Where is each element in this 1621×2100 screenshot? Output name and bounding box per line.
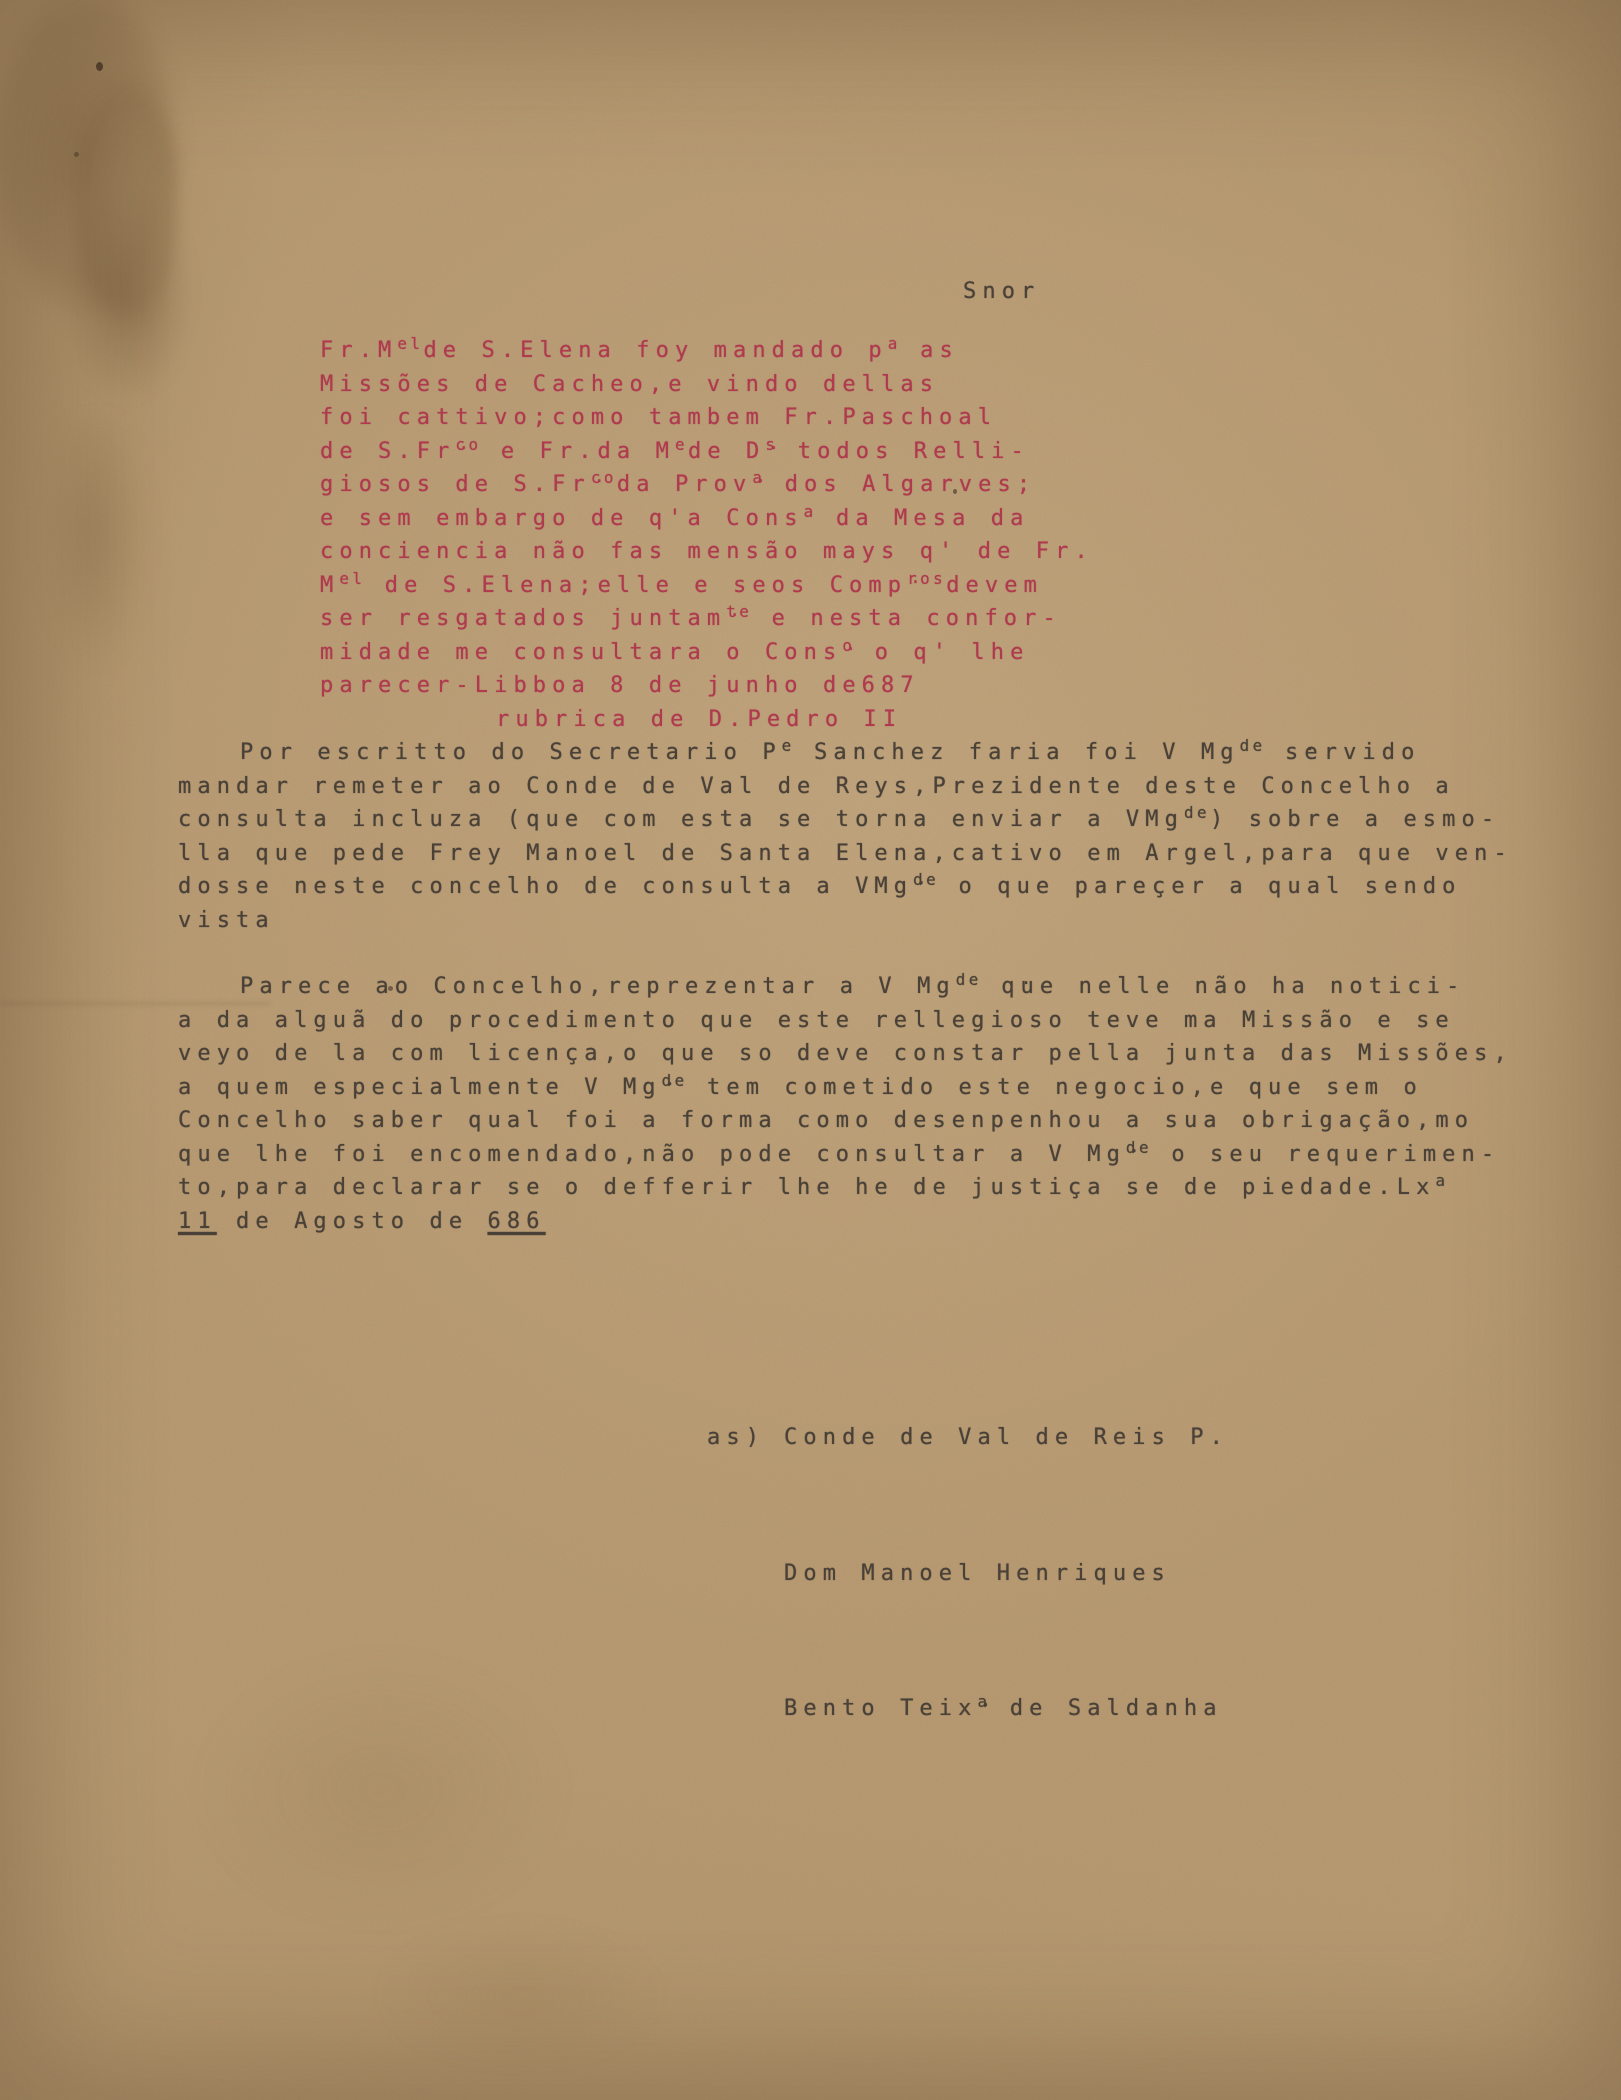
text-line: ser resgatados juntamte e nesta confor- xyxy=(320,602,1094,636)
text-line: dosse neste concelho de consulta a VMgde… xyxy=(178,870,1513,904)
text-line: lla que pede Frey Manoel de Santa Elena,… xyxy=(178,837,1513,871)
text-line: Mel de S.Elena;elle e seos Comprosdevem xyxy=(320,569,1094,603)
text-line: mandar remeter ao Conde de Val de Reys,P… xyxy=(178,770,1513,804)
text-line: midade me consultara o Conso o q' lhe xyxy=(320,636,1094,670)
signature-block: as)Conde de Val de Reis P. Dom Manoel He… xyxy=(707,1354,1229,1828)
paper-stain-left-tail xyxy=(10,420,180,800)
text-line: a quem especialmente V Mgde tem cometido… xyxy=(178,1071,1513,1105)
text-line: to,para declarar se o defferir lhe he de… xyxy=(178,1171,1513,1205)
ink-speck xyxy=(74,152,79,157)
text-line: foi cattivo;como tambem Fr.Paschoal xyxy=(320,401,1094,435)
text-line: rubrica de D.Pedro II xyxy=(496,703,1094,737)
paper-stain-left-core xyxy=(52,40,202,400)
text-line: consulta incluza (que com esta se torna … xyxy=(178,803,1513,837)
text-line: conciencia não fas mensão mays q' de Fr. xyxy=(320,535,1094,569)
text-line: Fr.Melde S.Elena foy mandado pa as xyxy=(320,334,1094,368)
paragraph-council-opinion: Parece ao Concelho,reprezentar a V Mgde … xyxy=(178,970,1513,1238)
text-line: a da alguã do procedimento que este rell… xyxy=(178,1004,1513,1038)
salutation: Snor xyxy=(963,275,1040,309)
paper-stain-bottom-left xyxy=(130,1560,690,2020)
text-line: giosos de S.Frcoda Prova dos Algarves; xyxy=(320,468,1094,502)
signature-name: Conde de Val de Reis P. xyxy=(784,1425,1229,1450)
paper-stain-top-left xyxy=(0,0,270,510)
text-line: e sem embargo de q'a Consa da Mesa da xyxy=(320,502,1094,536)
signature-row: Bento Teixa de Saldanha xyxy=(707,1692,1229,1726)
paper-stain-bottom xyxy=(330,1900,710,2090)
signature-name: Bento Teixa de Saldanha xyxy=(784,1696,1223,1721)
text-line: Parece ao Concelho,reprezentar a V Mgde … xyxy=(178,970,1513,1004)
signature-row: Dom Manoel Henriques xyxy=(707,1557,1229,1591)
signature-row: as)Conde de Val de Reis P. xyxy=(707,1421,1229,1455)
text-line: Concelho saber qual foi a forma como des… xyxy=(178,1104,1513,1138)
text-line: parecer-Libboa 8 de junho de687 xyxy=(320,669,1094,703)
text-line: de S.Frco e Fr.da Mede Ds todos Relli- xyxy=(320,435,1094,469)
text-line: veyo de la com licença,o que so deve con… xyxy=(178,1037,1513,1071)
text-line: Missões de Cacheo,e vindo dellas xyxy=(320,368,1094,402)
signature-prefix: as) xyxy=(707,1425,765,1450)
ink-speck xyxy=(96,62,103,71)
text-line: vista xyxy=(178,904,1513,938)
paragraph-royal-order: Por escritto do Secretario Pe Sanchez fa… xyxy=(178,736,1513,937)
text-line: Por escritto do Secretario Pe Sanchez fa… xyxy=(178,736,1513,770)
royal-note-red-text: Fr.Melde S.Elena foy mandado pa asMissõe… xyxy=(320,334,1094,736)
text-line: que lhe foi encomendado,não pode consult… xyxy=(178,1138,1513,1172)
scanned-document-page: Snor Fr.Melde S.Elena foy mandado pa asM… xyxy=(0,0,1621,2100)
text-line: 11 de Agosto de 686 xyxy=(178,1205,1513,1239)
signature-name: Dom Manoel Henriques xyxy=(784,1561,1171,1586)
